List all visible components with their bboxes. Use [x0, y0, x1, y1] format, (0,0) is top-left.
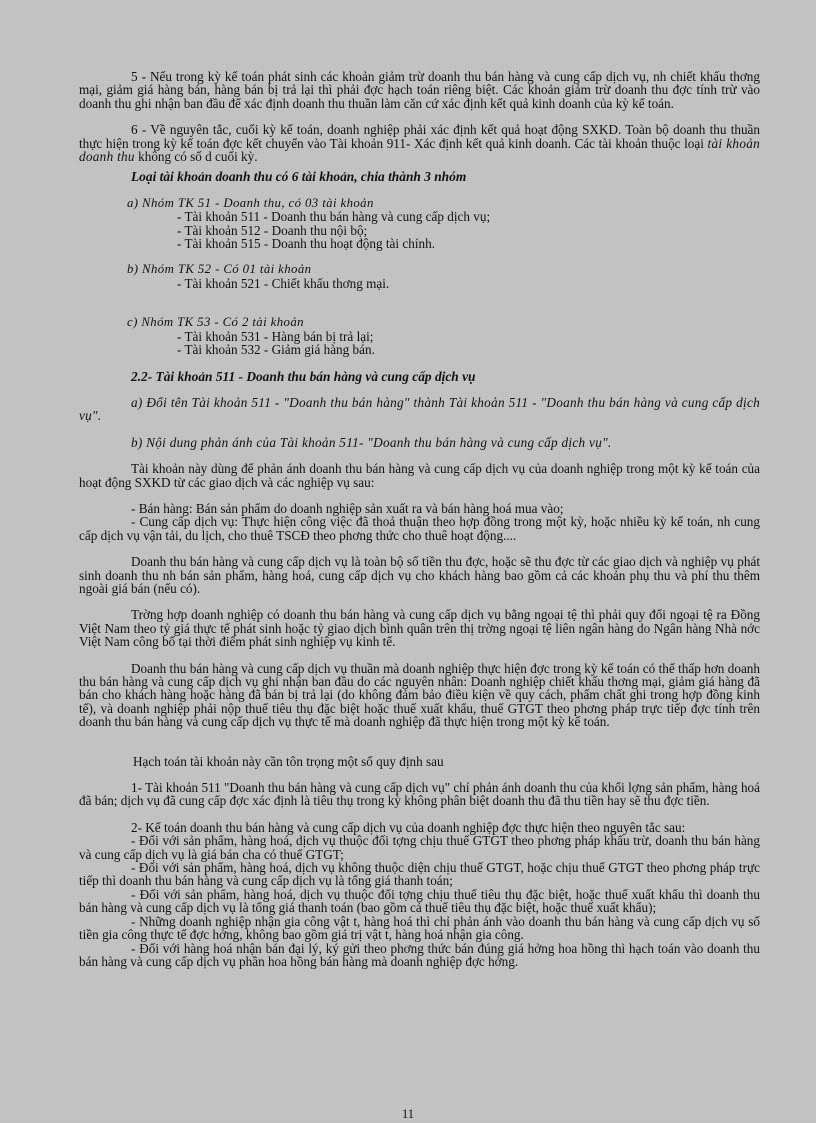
- group-item: - Tài khoản 521 - Chiết khấu thơng mại.: [177, 277, 760, 290]
- rule-2-bullet: - Đối với sản phẩm, hàng hoá, dịch vụ kh…: [79, 861, 760, 888]
- bullet-item: - Bán hàng: Bán sản phẩm do doanh nghiệp…: [79, 502, 760, 515]
- group-item: - Tài khoản 531 - Hàng bán bị trả lại;: [177, 330, 760, 343]
- group-item: - Tài khoản 532 - Giảm giá hàng bán.: [177, 343, 760, 356]
- section-item-b: b) Nội dung phản ánh của Tài khoản 511- …: [79, 436, 760, 449]
- rule-2-bullet: - Đối với sản phẩm, hàng hoá, dịch vụ th…: [79, 888, 760, 915]
- rule-2-bullet: - Đối với sản phẩm, hàng hoá, dịch vụ th…: [79, 834, 760, 861]
- page-number: 11: [0, 1107, 816, 1122]
- paragraph-account-purpose: Tài khoản này dùng để phản ánh doanh thu…: [79, 462, 760, 489]
- paragraph-net-revenue: Doanh thu bán hàng và cung cấp dịch vụ t…: [79, 662, 760, 729]
- group-title-tk51: a) Nhóm TK 51 - Doanh thu, có 03 tài kho…: [127, 197, 760, 210]
- rule-1: 1- Tài khoản 511 "Doanh thu bán hàng và …: [79, 781, 760, 808]
- paragraph-foreign-currency: Trờng hợp doanh nghiệp có doanh thu bán …: [79, 608, 760, 648]
- rule-2-bullet: - Những doanh nghiệp nhận gia công vật t…: [79, 915, 760, 942]
- paragraph-item-6-text: 6 - Về nguyên tắc, cuối kỳ kế toán, doan…: [79, 122, 760, 150]
- rule-2-bullet: - Đối với hàng hoá nhận bán đại lý, ký g…: [79, 942, 760, 969]
- paragraph-item-6-tail: không có số d cuối kỳ.: [135, 149, 258, 164]
- rule-2: 2- Kế toán doanh thu bán hàng và cung cấ…: [79, 821, 760, 834]
- group-item: - Tài khoản 512 - Doanh thu nội bộ;: [177, 224, 760, 237]
- rules-heading: Hạch toán tài khoản này cần tôn trọng mộ…: [79, 755, 760, 768]
- document-page: 5 - Nếu trong kỳ kế toán phát sinh các k…: [79, 70, 760, 968]
- group-item: - Tài khoản 515 - Doanh thu hoạt động tà…: [177, 237, 760, 250]
- paragraph-revenue-definition: Doanh thu bán hàng và cung cấp dịch vụ l…: [79, 555, 760, 595]
- section-2-2-heading: 2.2- Tài khoản 511 - Doanh thu bán hàng …: [131, 370, 760, 383]
- group-title-tk53: c) Nhóm TK 53 - Có 2 tài khoản: [127, 316, 760, 329]
- bullet-item: - Cung cấp dịch vụ: Thực hiện công việc …: [79, 515, 760, 542]
- section-item-a: a) Đổi tên Tài khoản 511 - "Doanh thu bá…: [79, 396, 760, 423]
- group-item: - Tài khoản 511 - Doanh thu bán hàng và …: [177, 210, 760, 223]
- group-title-tk52: b) Nhóm TK 52 - Có 01 tài khoản: [127, 263, 760, 276]
- paragraph-item-6: 6 - Về nguyên tắc, cuối kỳ kế toán, doan…: [79, 123, 760, 163]
- paragraph-item-5: 5 - Nếu trong kỳ kế toán phát sinh các k…: [79, 70, 760, 110]
- account-types-heading: Loại tài khoản doanh thu có 6 tài khoản,…: [131, 170, 760, 183]
